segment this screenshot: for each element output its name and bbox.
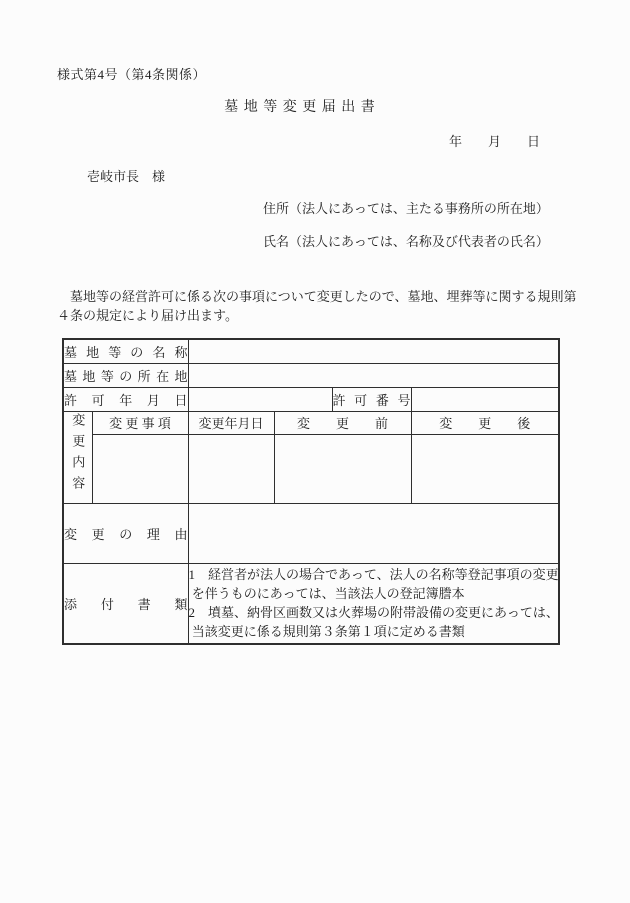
permit-number-value <box>411 387 559 411</box>
table-row-change-values <box>63 434 559 503</box>
change-before-value <box>274 434 411 503</box>
address-note: 住所（法人にあっては、主たる事務所の所在地） <box>263 198 549 217</box>
form-table: 墓地等の名称 墓地等の所在地 許可年月日 許可番号 変更内容 変 更 事 項 変… <box>62 338 560 645</box>
change-date-value <box>188 434 274 503</box>
cemetery-name-label: 墓地等の名称 <box>63 339 188 363</box>
table-row-change-header: 変更内容 変 更 事 項 変更年月日 変 更 前 変 更 後 <box>63 411 559 434</box>
addressee: 壱岐市長 様 <box>87 166 165 185</box>
table-row-cemetery-location: 墓地等の所在地 <box>63 363 559 387</box>
date-line: 年 月 日 <box>449 131 540 150</box>
body-paragraph: 墓地等の経営許可に係る次の事項について変更したので、墓地、埋葬等に関する規則第４… <box>57 287 577 325</box>
cemetery-location-label: 墓地等の所在地 <box>63 363 188 387</box>
document-page: 様式第4号（第4条関係） 墓 地 等 変 更 届 出 書 年 月 日 壱岐市長 … <box>0 0 630 903</box>
table-row-cemetery-name: 墓地等の名称 <box>63 339 559 363</box>
cemetery-location-value <box>188 363 559 387</box>
name-note: 氏名（法人にあっては、名称及び代表者の氏名） <box>263 231 549 250</box>
change-reason-value <box>188 503 559 563</box>
table-row-permit: 許可年月日 許可番号 <box>63 387 559 411</box>
change-date-header: 変更年月日 <box>188 411 274 434</box>
table-row-reason: 変更の理由 <box>63 503 559 563</box>
table-row-attachments: 添付書類 1 経営者が法人の場合であって、法人の名称等登記事項の変更 を伴うもの… <box>63 563 559 644</box>
form-title: 墓 地 等 変 更 届 出 書 <box>0 96 600 116</box>
permit-date-value <box>188 387 332 411</box>
change-item-value <box>92 434 188 503</box>
cemetery-name-value <box>188 339 559 363</box>
permit-number-label: 許可番号 <box>332 387 411 411</box>
attachments-label: 添付書類 <box>63 563 188 644</box>
change-after-header: 変 更 後 <box>411 411 559 434</box>
change-after-value <box>411 434 559 503</box>
permit-date-label: 許可年月日 <box>63 387 188 411</box>
change-before-header: 変 更 前 <box>274 411 411 434</box>
form-number: 様式第4号（第4条関係） <box>57 64 206 83</box>
change-section-label: 変更内容 <box>63 411 92 503</box>
attachments-content: 1 経営者が法人の場合であって、法人の名称等登記事項の変更 を伴うものにあっては… <box>188 563 559 644</box>
change-item-header: 変 更 事 項 <box>92 411 188 434</box>
change-reason-label: 変更の理由 <box>63 503 188 563</box>
